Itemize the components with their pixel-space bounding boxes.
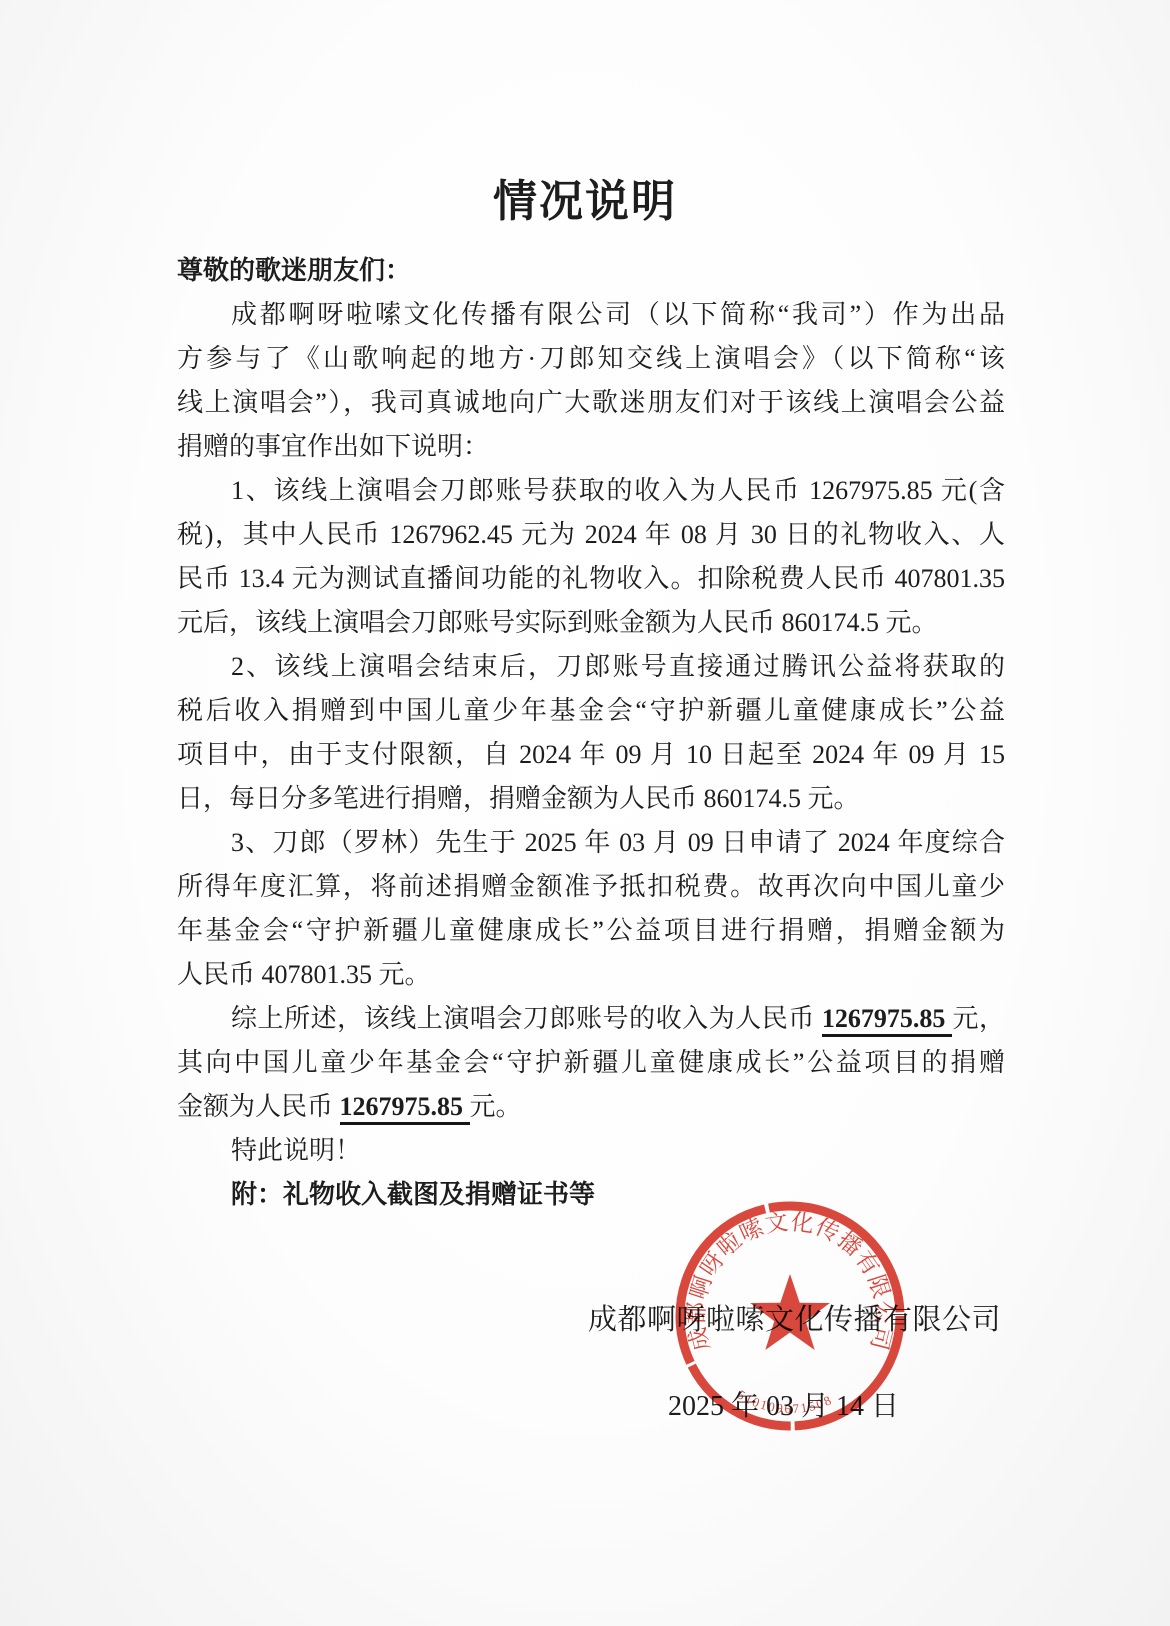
document-text: 尊敬的歌迷朋友们：: [177, 256, 411, 285]
document-text: 特此说明！: [231, 1136, 361, 1165]
document-body: 尊敬的歌迷朋友们：成都啊呀啦嗦文化传播有限公司（以下简称“我司”）作为出品方参与…: [177, 249, 1005, 1217]
document-text: 元，: [952, 1004, 1005, 1033]
document-line: 成都啊呀啦嗦文化传播有限公司（以下简称“我司”）作为出品: [177, 293, 1005, 337]
document-line: 尊敬的歌迷朋友们：: [177, 249, 1005, 293]
document-text: 附：礼物收入截图及捐赠证书等: [231, 1180, 595, 1209]
document-text: 税)，其中人民币 1267962.45 元为 2024 年 08 月 30 日的…: [177, 520, 1005, 549]
highlighted-amount: 1267975.85: [340, 1092, 470, 1125]
document-text: 税后收入捐赠到中国儿童少年基金会“守护新疆儿童健康成长”公益: [177, 696, 1005, 725]
company-seal-stamp: 成都啊呀啦嗦文化传播有限公司 510109671508: [640, 1166, 940, 1466]
document-text: 捐赠的事宜作出如下说明：: [177, 432, 489, 461]
document-line: 元后，该线上演唱会刀郎账号实际到账金额为人民币 860174.5 元。: [177, 601, 1005, 645]
document-text: 线上演唱会”），我司真诚地向广大歌迷朋友们对于该线上演唱会公益: [177, 388, 1005, 417]
document-line: 其向中国儿童少年基金会“守护新疆儿童健康成长”公益项目的捐赠: [177, 1041, 1005, 1085]
document-line: 民币 13.4 元为测试直播间功能的礼物收入。扣除税费人民币 407801.35: [177, 557, 1005, 601]
document-page: 情况说明 尊敬的歌迷朋友们：成都啊呀啦嗦文化传播有限公司（以下简称“我司”）作为…: [0, 0, 1170, 1626]
document-line: 税)，其中人民币 1267962.45 元为 2024 年 08 月 30 日的…: [177, 513, 1005, 557]
document-line: 项目中，由于支付限额，自 2024 年 09 月 10 日起至 2024 年 0…: [177, 733, 1005, 777]
document-text: 项目中，由于支付限额，自 2024 年 09 月 10 日起至 2024 年 0…: [177, 740, 1005, 769]
document-line: 年基金会“守护新疆儿童健康成长”公益项目进行捐赠，捐赠金额为: [177, 909, 1005, 953]
document-line: 3、刀郎（罗林）先生于 2025 年 03 月 09 日申请了 2024 年度综…: [177, 821, 1005, 865]
document-line: 2、该线上演唱会结束后，刀郎账号直接通过腾讯公益将获取的: [177, 645, 1005, 689]
document-text: 成都啊呀啦嗦文化传播有限公司（以下简称“我司”）作为出品: [231, 300, 1005, 329]
document-title: 情况说明: [0, 0, 1170, 229]
document-text: 1、该线上演唱会刀郎账号获取的收入为人民币 1267975.85 元(含: [231, 476, 1005, 505]
document-line: 1、该线上演唱会刀郎账号获取的收入为人民币 1267975.85 元(含: [177, 469, 1005, 513]
document-line: 日，每日分多笔进行捐赠，捐赠金额为人民币 860174.5 元。: [177, 777, 1005, 821]
document-line: 线上演唱会”），我司真诚地向广大歌迷朋友们对于该线上演唱会公益: [177, 381, 1005, 425]
document-text: 年基金会“守护新疆儿童健康成长”公益项目进行捐赠，捐赠金额为: [177, 916, 1005, 945]
highlighted-amount: 1267975.85: [822, 1004, 953, 1037]
document-line: 综上所述，该线上演唱会刀郎账号的收入为人民币 1267975.85 元，: [177, 997, 1005, 1041]
svg-text:510109671508: 510109671508: [735, 1387, 835, 1416]
document-text: 方参与了《山歌响起的地方·刀郎知交线上演唱会》（以下简称“该: [177, 344, 1005, 373]
document-line: 金额为人民币 1267975.85 元。: [177, 1085, 1005, 1129]
document-text: 民币 13.4 元为测试直播间功能的礼物收入。扣除税费人民币 407801.35: [177, 564, 1005, 593]
star-icon: [750, 1274, 830, 1350]
document-text: 其向中国儿童少年基金会“守护新疆儿童健康成长”公益项目的捐赠: [177, 1048, 1005, 1077]
stamp-serial-number: 510109671508: [735, 1387, 835, 1416]
document-text: 日，每日分多笔进行捐赠，捐赠金额为人民币 860174.5 元。: [177, 784, 860, 813]
document-text: 综上所述，该线上演唱会刀郎账号的收入为人民币: [231, 1004, 822, 1033]
document-text: 元。: [470, 1092, 522, 1121]
document-line: 人民币 407801.35 元。: [177, 953, 1005, 997]
document-line: 税后收入捐赠到中国儿童少年基金会“守护新疆儿童健康成长”公益: [177, 689, 1005, 733]
document-line: 方参与了《山歌响起的地方·刀郎知交线上演唱会》（以下简称“该: [177, 337, 1005, 381]
document-text: 3、刀郎（罗林）先生于 2025 年 03 月 09 日申请了 2024 年度综…: [231, 828, 1005, 857]
document-text: 所得年度汇算，将前述捐赠金额准予抵扣税费。故再次向中国儿童少: [177, 872, 1005, 901]
document-text: 人民币 407801.35 元。: [177, 960, 431, 989]
document-text: 2、该线上演唱会结束后，刀郎账号直接通过腾讯公益将获取的: [231, 652, 1005, 681]
document-text: 金额为人民币: [177, 1092, 340, 1121]
document-line: 捐赠的事宜作出如下说明：: [177, 425, 1005, 469]
document-line: 所得年度汇算，将前述捐赠金额准予抵扣税费。故再次向中国儿童少: [177, 865, 1005, 909]
document-text: 元后，该线上演唱会刀郎账号实际到账金额为人民币 860174.5 元。: [177, 608, 938, 637]
